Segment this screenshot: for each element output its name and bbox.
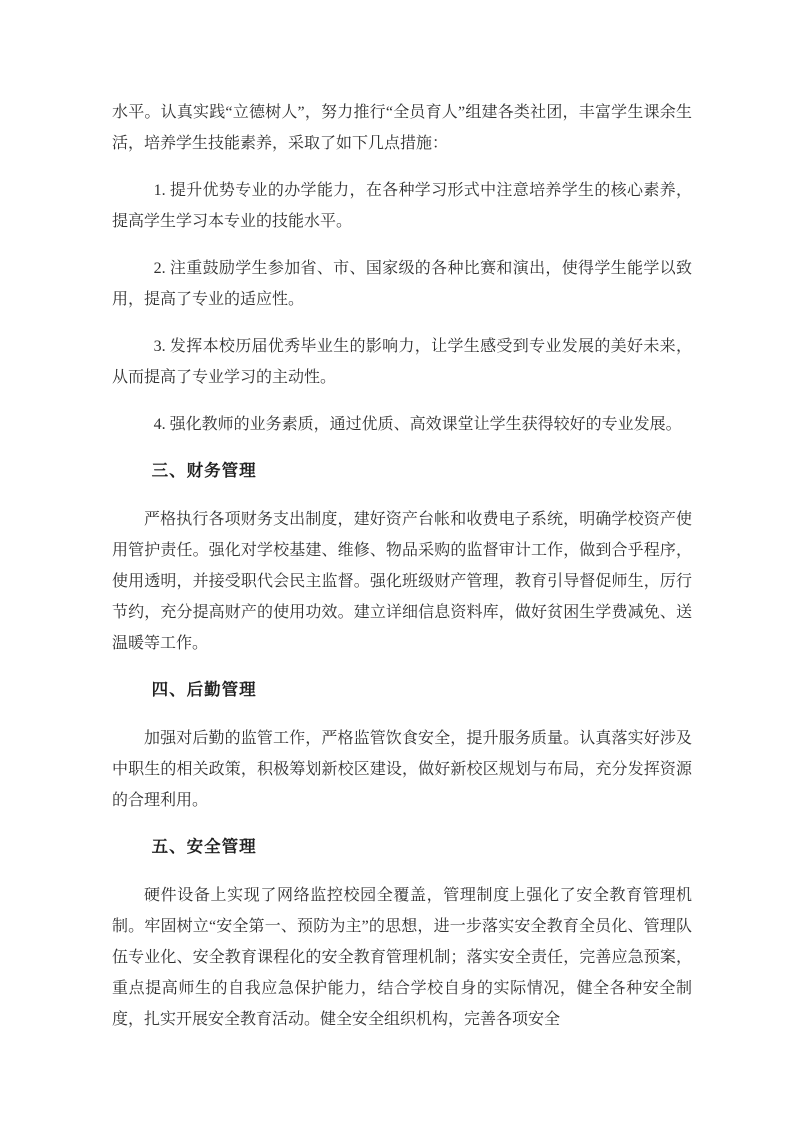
- numbered-item-2: 2. 注重鼓励学生参加省、市、国家级的各种比赛和演出，使得学生能学以致用，提高了…: [112, 253, 692, 315]
- section-heading-finance-management: 三、财务管理: [112, 456, 692, 487]
- numbered-item-4: 4. 强化教师的业务素质，通过优质、高效课堂让学生获得较好的专业发展。: [112, 409, 692, 440]
- paragraph-logistics-management: 加强对后勤的监管工作，严格监管饮食安全，提升服务质量。认真落实好涉及中职生的相关…: [112, 723, 692, 816]
- numbered-item-1: 1. 提升优势专业的办学能力，在各种学习形式中注意培养学生的核心素养，提高学生学…: [112, 175, 692, 237]
- paragraph-safety-management: 硬件设备上实现了网络监控校园全覆盖，管理制度上强化了安全教育管理机制。牢固树立“…: [112, 880, 692, 1035]
- document-page: 水平。认真实践“立德树人”，努力推行“全员育人”组建各类社团，丰富学生课余生活，…: [0, 0, 800, 1131]
- section-heading-logistics-management: 四、后勤管理: [112, 675, 692, 706]
- paragraph-continuation-top: 水平。认真实践“立德树人”，努力推行“全员育人”组建各类社团，丰富学生课余生活，…: [112, 97, 692, 159]
- document-text-body: 水平。认真实践“立德树人”，努力推行“全员育人”组建各类社团，丰富学生课余生活，…: [112, 97, 692, 1035]
- paragraph-finance-management: 严格执行各项财务支出制度，建好资产台帐和收费电子系统，明确学校资产使用管护责任。…: [112, 504, 692, 659]
- numbered-item-3: 3. 发挥本校历届优秀毕业生的影响力，让学生感受到专业发展的美好未来，从而提高了…: [112, 331, 692, 393]
- section-heading-safety-management: 五、安全管理: [112, 832, 692, 863]
